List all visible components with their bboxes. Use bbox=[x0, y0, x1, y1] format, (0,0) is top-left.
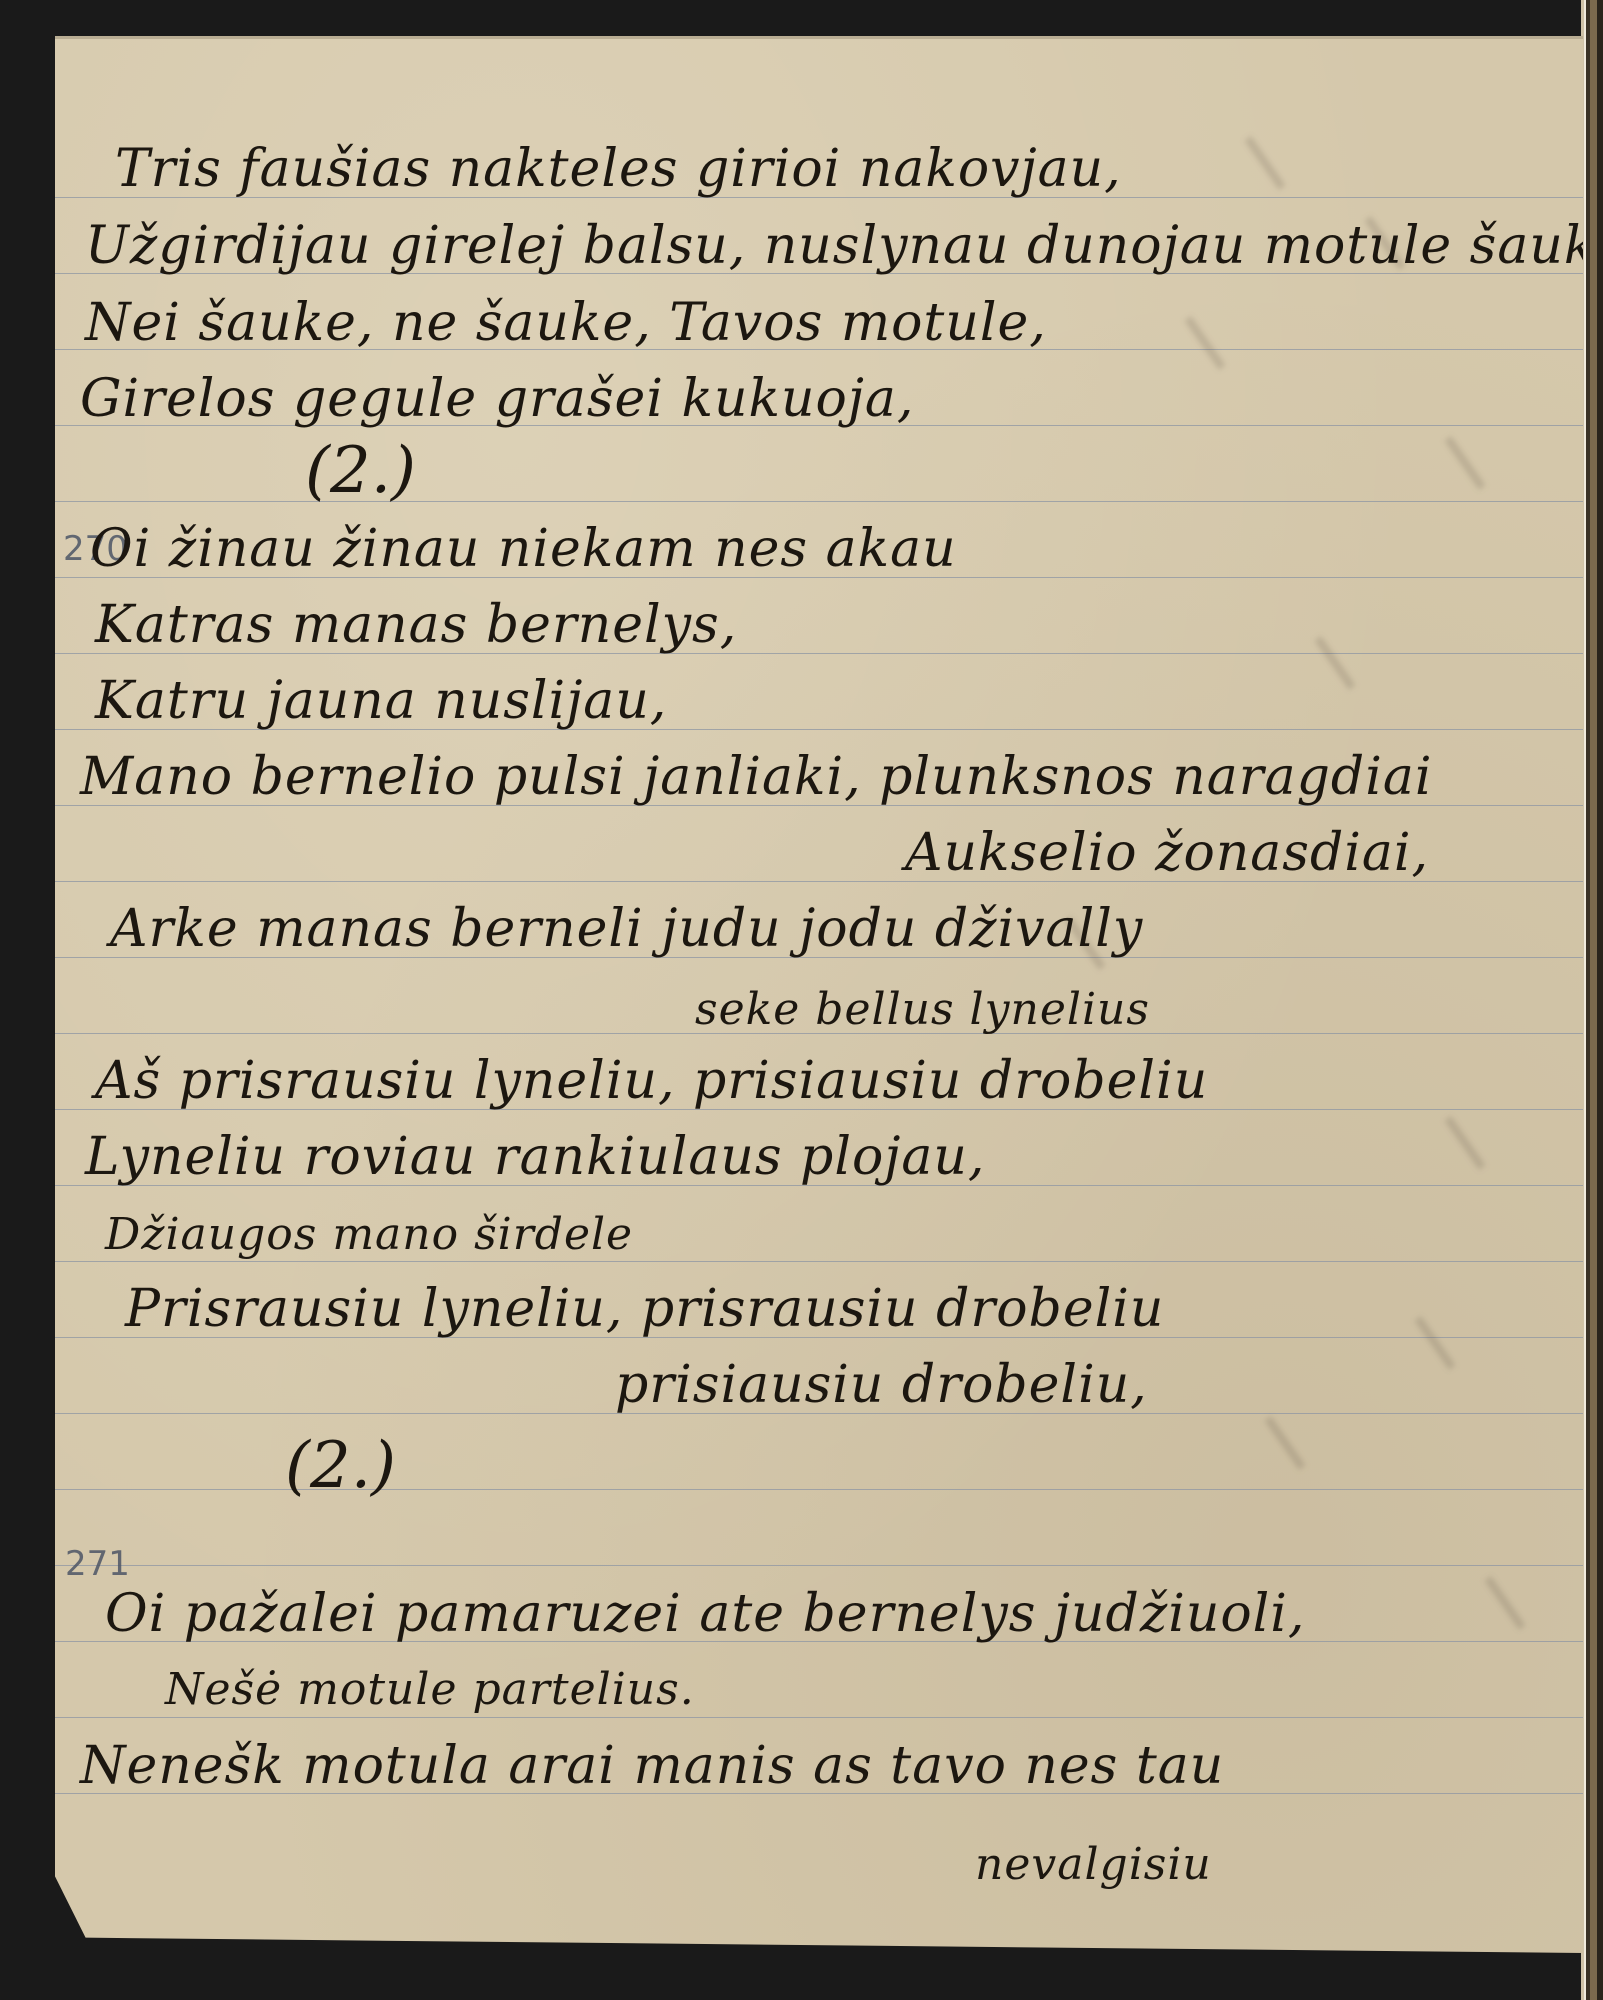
ruled-line bbox=[55, 1261, 1583, 1262]
manuscript-line: Aš prisrausiu lyneliu, prisiausiu drobel… bbox=[95, 1051, 1208, 1111]
manuscript-line: Nešė motule partelius. bbox=[165, 1664, 695, 1715]
manuscript-line: Katru jauna nuslijau, bbox=[95, 671, 667, 731]
ruled-line bbox=[55, 1717, 1583, 1718]
manuscript-line: Džiaugos mano širdele bbox=[105, 1209, 633, 1260]
manuscript-line: seke bellus lynelius bbox=[695, 984, 1150, 1035]
binding-edge bbox=[1581, 0, 1603, 2000]
manuscript-line: Oi žinau žinau niekam nes akau bbox=[90, 519, 957, 579]
repeat-marker: (2.) bbox=[285, 1429, 396, 1503]
notebook-page: Tris faušias nakteles girioi nakovjau, U… bbox=[55, 36, 1583, 1953]
song-number: 271 bbox=[65, 1544, 130, 1584]
manuscript-line: Nei šauke, ne šauke, Tavos motule, bbox=[85, 293, 1047, 353]
manuscript-line: Arke manas berneli judu jodu dživally bbox=[110, 899, 1143, 959]
ruled-line bbox=[55, 501, 1583, 502]
manuscript-line: prisiausiu drobeliu, bbox=[615, 1355, 1148, 1415]
ruled-line bbox=[55, 1565, 1583, 1566]
manuscript-line: Nenešk motula arai manis as tavo nes tau bbox=[80, 1736, 1224, 1796]
manuscript-line: Tris faušias nakteles girioi nakovjau, bbox=[115, 139, 1122, 199]
manuscript-line: Katras manas bernelys, bbox=[95, 595, 737, 655]
manuscript-line: Aukselio žonasdiai, bbox=[905, 823, 1429, 883]
manuscript-line: Mano bernelio pulsi janliaki, plunksnos … bbox=[80, 747, 1432, 807]
repeat-marker: (2.) bbox=[305, 434, 416, 508]
manuscript-line: Užgirdijau girelej balsu, nuslynau dunoj… bbox=[85, 216, 1583, 276]
manuscript-line: Prisrausiu lyneliu, prisrausiu drobeliu bbox=[125, 1279, 1164, 1339]
scanned-manuscript: Tris faušias nakteles girioi nakovjau, U… bbox=[0, 0, 1603, 2000]
manuscript-line: nevalgisiu bbox=[975, 1839, 1212, 1890]
manuscript-line: Lyneliu roviau rankiulaus plojau, bbox=[85, 1127, 985, 1187]
manuscript-line: Oi pažalei pamaruzei ate bernelys judžiu… bbox=[105, 1584, 1305, 1644]
manuscript-line: Girelos gegule grašei kukuoja, bbox=[80, 369, 914, 429]
